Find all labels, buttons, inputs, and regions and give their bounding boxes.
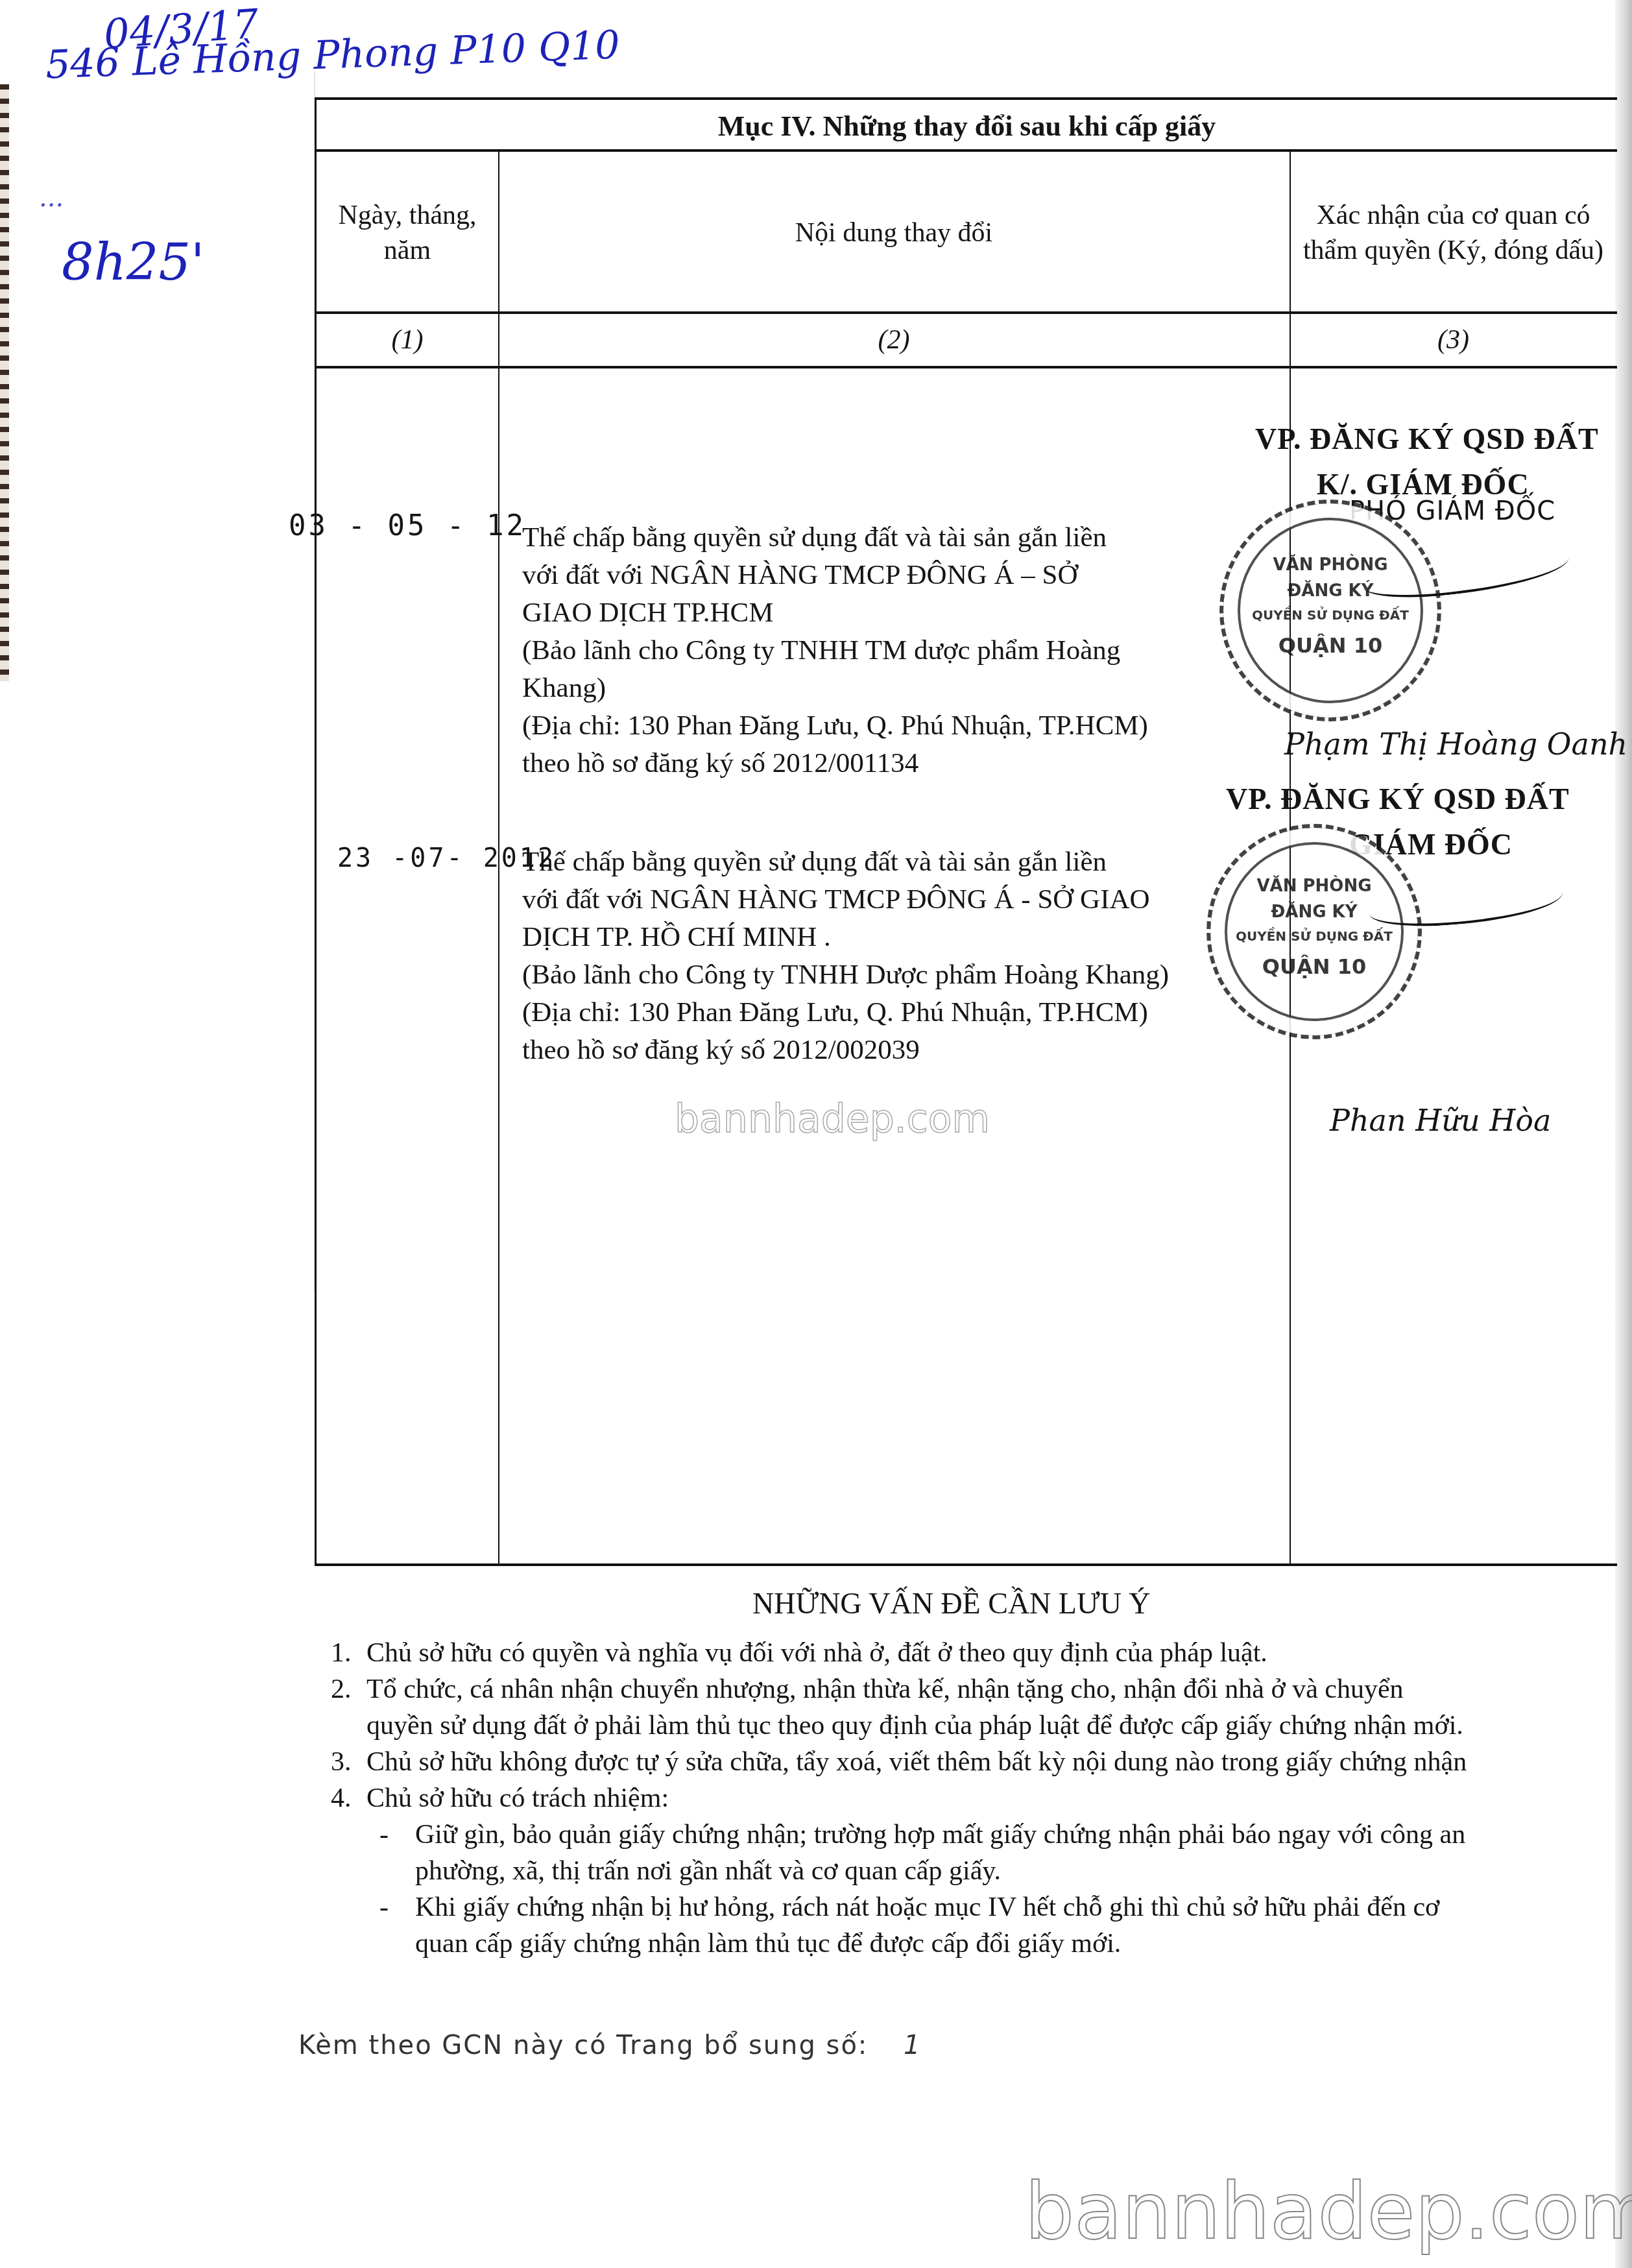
- note-sub-item: - Khi giấy chứng nhận bị hư hỏng, rách n…: [331, 1889, 1632, 1925]
- watermark: bannhadep.com: [675, 1096, 990, 1142]
- official-seal-icon: VĂN PHÒNG ĐĂNG KÝ QUYỀN SỬ DỤNG ĐẤT QUẬN…: [1206, 824, 1422, 1039]
- notes-list: 1. Chủ sở hữu có quyền và nghĩa vụ đối v…: [331, 1635, 1632, 1962]
- note-item: 2. Tổ chức, cá nhân nhận chuyển nhượng, …: [331, 1671, 1632, 1707]
- handwritten-time: 8h25': [62, 234, 205, 292]
- column-header-content: Nội dung thay đổi: [498, 152, 1290, 314]
- note-continuation: quyền sử dụng đất ở phải làm thủ tục the…: [331, 1707, 1632, 1744]
- column-header-confirmation: Xác nhận của cơ quan có thẩm quyền (Ký, …: [1290, 152, 1617, 314]
- note-item: 4. Chủ sở hữu có trách nhiệm:: [331, 1780, 1632, 1816]
- entry-line: (Địa chỉ: 130 Phan Đăng Lưu, Q. Phú Nhuậ…: [522, 707, 1255, 745]
- stamp-office: VP. ĐĂNG KÝ QSD ĐẤT: [1226, 782, 1570, 816]
- supplement-label: Kèm theo GCN này có Trang bổ sung số:: [298, 2031, 868, 2060]
- column-number-3: (3): [1290, 314, 1617, 366]
- column-header-date: Ngày, tháng, năm: [317, 152, 498, 314]
- entry-line: DỊCH TP. HỒ CHÍ MINH .: [522, 919, 1255, 956]
- table-header-row: Ngày, tháng, năm Nội dung thay đổi Xác n…: [317, 149, 1617, 314]
- signer-name: Phan Hữu Hòa: [1330, 1103, 1551, 1138]
- stamp-office: VP. ĐĂNG KÝ QSD ĐẤT: [1255, 422, 1599, 456]
- entry-line: GIAO DỊCH TP.HCM: [522, 594, 1255, 632]
- entry-line: với đất với NGÂN HÀNG TMCP ĐÔNG Á – SỞ: [522, 557, 1255, 594]
- entry-content: Thế chấp bằng quyền sử dụng đất và tài s…: [522, 519, 1255, 782]
- column-number-1: (1): [317, 314, 498, 366]
- note-continuation: quan cấp giấy chứng nhận làm thủ tục để …: [331, 1925, 1632, 1962]
- entry-line: (Địa chỉ: 130 Phan Đăng Lưu, Q. Phú Nhuậ…: [522, 994, 1255, 1031]
- scan-page-edge: [0, 84, 9, 681]
- watermark-footer: bannhadep.com: [1025, 2167, 1632, 2257]
- handwritten-scribble: ...: [39, 183, 64, 213]
- entry-date: 03 - 05 - 12: [289, 509, 526, 542]
- table-number-row: (1) (2) (3): [317, 311, 1617, 368]
- section-title: Mục IV. Những thay đổi sau khi cấp giấy: [317, 97, 1617, 152]
- signer-name: Phạm Thị Hoàng Oanh: [1284, 727, 1627, 762]
- entry-line: (Bảo lãnh cho Công ty TNHH Dược phẩm Hoà…: [522, 956, 1255, 994]
- entry-line: Thế chấp bằng quyền sử dụng đất và tài s…: [522, 843, 1255, 881]
- note-item: 3. Chủ sở hữu không được tự ý sửa chữa, …: [331, 1744, 1632, 1780]
- entry-content: Thế chấp bằng quyền sử dụng đất và tài s…: [522, 843, 1255, 1069]
- official-seal-icon: VĂN PHÒNG ĐĂNG KÝ QUYỀN SỬ DỤNG ĐẤT QUẬN…: [1219, 500, 1441, 721]
- entry-line: (Bảo lãnh cho Công ty TNHH TM dược phẩm …: [522, 632, 1255, 670]
- supplement-line: Kèm theo GCN này có Trang bổ sung số: 1: [298, 2031, 922, 2060]
- notes-title: NHỮNG VẤN ĐỀ CẦN LƯU Ý: [752, 1586, 1151, 1621]
- note-sub-item: - Giữ gìn, bảo quản giấy chứng nhận; trư…: [331, 1816, 1632, 1853]
- entry-line: Khang): [522, 670, 1255, 707]
- supplement-number: 1: [904, 2031, 921, 2060]
- column-number-2: (2): [498, 314, 1290, 366]
- entry-line: theo hồ sơ đăng ký số 2012/002039: [522, 1031, 1255, 1069]
- entry-line: theo hồ sơ đăng ký số 2012/001134: [522, 745, 1255, 782]
- note-continuation: phường, xã, thị trấn nơi gần nhất và cơ …: [331, 1853, 1632, 1889]
- entry-line: Thế chấp bằng quyền sử dụng đất và tài s…: [522, 519, 1255, 557]
- entry-line: với đất với NGÂN HÀNG TMCP ĐÔNG Á - SỞ G…: [522, 881, 1255, 919]
- note-item: 1. Chủ sở hữu có quyền và nghĩa vụ đối v…: [331, 1635, 1632, 1671]
